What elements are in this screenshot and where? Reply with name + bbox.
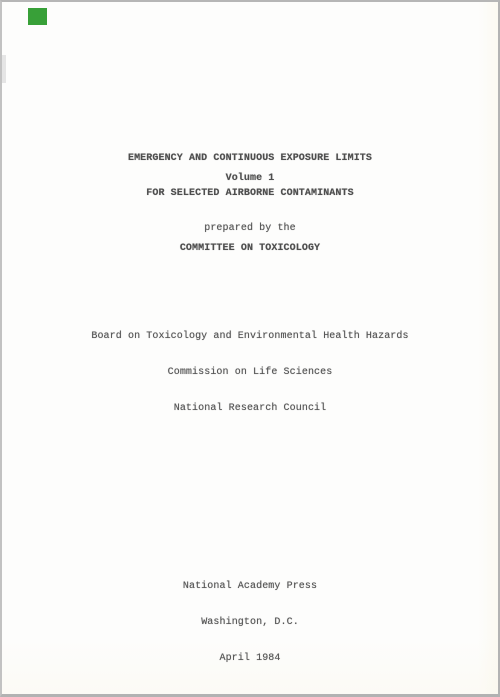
affiliation-council: National Research Council [2, 403, 498, 415]
publisher-name: National Academy Press [2, 581, 498, 593]
book-title-line2: FOR SELECTED AIRBORNE CONTAMINANTS [2, 188, 498, 200]
book-title-page: EMERGENCY AND CONTINUOUS EXPOSURE LIMITS… [0, 0, 500, 697]
affiliation-block: Board on Toxicology and Environmental He… [2, 307, 498, 439]
scan-smudge [2, 55, 6, 83]
prepared-by-label: prepared by the [2, 223, 498, 235]
affiliation-board: Board on Toxicology and Environmental He… [2, 331, 498, 343]
book-title-line1: EMERGENCY AND CONTINUOUS EXPOSURE LIMITS [2, 153, 498, 165]
committee-name: COMMITTEE ON TOXICOLOGY [2, 243, 498, 255]
publication-date: April 1984 [2, 653, 498, 665]
affiliation-commission: Commission on Life Sciences [2, 367, 498, 379]
volume-label: Volume 1 [2, 173, 498, 185]
publisher-location: Washington, D.C. [2, 617, 498, 629]
green-marker-icon [28, 8, 47, 25]
imprint-block: National Academy Press Washington, D.C. … [2, 557, 498, 689]
